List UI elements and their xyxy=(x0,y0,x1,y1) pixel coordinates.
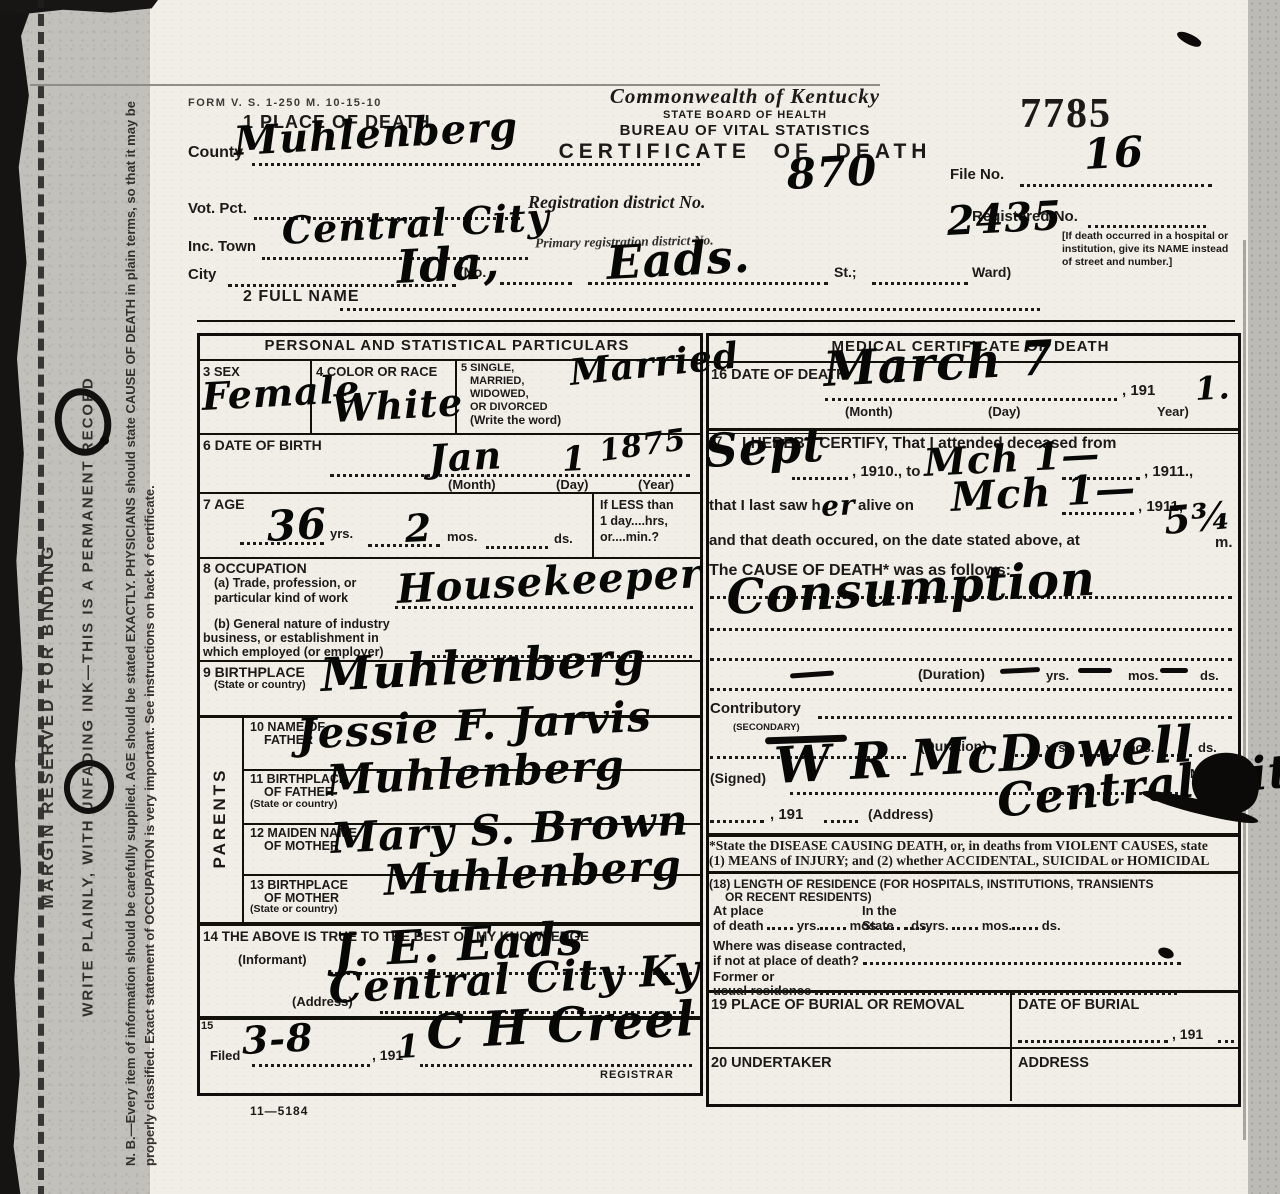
margin-note-binding: MARGIN RESERVED FOR BINDING xyxy=(38,416,58,1036)
age-months-value: 2 xyxy=(404,505,434,551)
marital-label-3: WIDOWED, xyxy=(470,388,529,400)
duration-mos-1: mos. xyxy=(1128,668,1158,683)
death-occurred-text: and that death occured, on the date stat… xyxy=(709,532,1080,549)
less-than-line-2: 1 day....hrs, xyxy=(600,514,668,528)
certificate-title: CERTIFICATE OF DEATH xyxy=(530,140,960,164)
torn-top-edge xyxy=(0,0,158,14)
marital-label-4: OR DIVORCED xyxy=(470,401,548,413)
burial-year-dots xyxy=(1218,1040,1234,1043)
last-saw-er: er xyxy=(820,488,856,523)
birthplace-sub-label: (State or country) xyxy=(214,679,306,691)
dots xyxy=(767,924,793,930)
handwritten-dash-3 xyxy=(1078,668,1112,673)
filed-year-value: 1 xyxy=(396,1027,421,1066)
page-right-edge-shadow xyxy=(1243,240,1246,1140)
father-bp-sub-label: (State or country) xyxy=(250,798,338,810)
torn-left-edge xyxy=(0,0,34,1194)
city-no-dotted xyxy=(500,282,572,285)
attended-to-year: , 1911., xyxy=(1144,463,1193,480)
dots xyxy=(815,989,943,995)
bureau-subtitle: BUREAU OF VITAL STATISTICS xyxy=(545,122,945,139)
divider-parents-cell xyxy=(242,717,244,922)
dob-day-value: 1 xyxy=(561,439,588,480)
filed-label: Filed xyxy=(210,1048,240,1063)
duration-yrs-1: yrs. xyxy=(1046,668,1069,683)
attended-from-value: Sept xyxy=(703,418,826,478)
burial-year-print: , 191 xyxy=(1172,1026,1203,1042)
attended-from-year: , 1910., to xyxy=(852,463,920,480)
cause-dots-3 xyxy=(710,658,1232,661)
rule-under-footnote xyxy=(706,871,1238,874)
full-name-label: 2 FULL NAME xyxy=(243,288,359,306)
dob-month-value: Jan xyxy=(428,432,503,481)
former-row: usual residence xyxy=(713,983,1177,998)
marital-label-1: 5 SINGLE, xyxy=(461,362,514,374)
ds: ds. xyxy=(1042,918,1061,933)
cause-footnote-1: *State the DISEASE CAUSING DEATH, or, in… xyxy=(709,838,1208,854)
full-name-last: Eads. xyxy=(605,229,752,290)
registration-district-label: Registration district No. xyxy=(528,192,706,213)
duration-ds-1: ds. xyxy=(1200,668,1219,683)
contributory-label: Contributory xyxy=(710,700,801,717)
residence-label-1: (18) LENGTH OF RESIDENCE (FOR HOSPITALS,… xyxy=(709,877,1153,891)
age-years-value: 36 xyxy=(265,499,328,551)
at-place-label-1: At place xyxy=(713,903,764,918)
age-mos-label: mos. xyxy=(447,529,477,544)
lastsaw-dots xyxy=(1062,512,1134,515)
file-no-dotted-line xyxy=(1020,184,1212,187)
occupation-a2: particular kind of work xyxy=(214,591,348,605)
birthplace-label: 9 BIRTHPLACE xyxy=(203,664,305,680)
filed-section-number: 15 xyxy=(201,1020,213,1032)
at-place-label-2: of death xyxy=(713,918,764,933)
inc-town-label: Inc. Town xyxy=(188,238,256,255)
color-race-label: 4 COLOR OR RACE xyxy=(316,364,437,379)
rule-under-burial xyxy=(706,1047,1238,1049)
signed-year-print: , 191 xyxy=(770,806,803,823)
less-than-line-1: If LESS than xyxy=(600,498,674,512)
dots xyxy=(897,924,925,930)
dob-label: 6 DATE OF BIRTH xyxy=(203,437,322,453)
undertaker-label: 20 UNDERTAKER xyxy=(711,1055,832,1071)
cause-footnote-2: (1) MEANS of INJURY; and (2) whether ACC… xyxy=(709,853,1209,869)
marital-label-5: (Write the word) xyxy=(470,413,561,427)
file-number-value: 16 xyxy=(1082,127,1145,179)
city-label: City xyxy=(188,266,216,283)
plate-code: 11—5184 xyxy=(250,1104,308,1118)
filed-dotted-2 xyxy=(420,1064,692,1067)
dod-year-label: Year) xyxy=(1157,404,1189,419)
full-name-dotted-line xyxy=(340,308,1040,311)
dots xyxy=(947,989,1177,995)
last-saw-prefix: that I last saw h xyxy=(709,497,821,514)
age-label: 7 AGE xyxy=(203,496,245,512)
primary-district-value: 2435 xyxy=(946,192,1064,245)
mother-label-2: OF MOTHER xyxy=(264,839,339,853)
duration-dots-row xyxy=(710,688,1232,691)
in-the-label-2: State xyxy=(862,918,894,933)
dod-dotted xyxy=(825,398,1117,401)
scanned-death-certificate: MARGIN RESERVED FOR BINDING WRITE PLAINL… xyxy=(0,0,1280,1194)
father-bp-label-2: OF FATHER xyxy=(264,785,334,799)
dots xyxy=(1012,924,1038,930)
burial-date-dots xyxy=(1018,1040,1168,1043)
form-number: FORM V. S. 1-250 M. 10-15-10 xyxy=(188,97,382,109)
dod-year-print: , 191 xyxy=(1122,382,1155,399)
handwritten-dot-mark xyxy=(100,436,109,445)
filed-dotted-1 xyxy=(252,1064,370,1067)
contracted-label-1: Where was disease contracted, xyxy=(713,938,906,953)
contracted-row: if not at place of death? xyxy=(713,953,1181,968)
handwritten-circle-mark xyxy=(49,383,118,461)
cause-dots-2 xyxy=(710,628,1232,631)
less-than-line-3: or....min.? xyxy=(600,530,659,544)
margin-note-nb-instructions: N. B.—Every item of information should b… xyxy=(121,96,159,1166)
registrar-label: REGISTRAR xyxy=(600,1069,674,1081)
physician-address-label: (Address) xyxy=(868,806,933,822)
rule-above-footnote xyxy=(706,833,1238,837)
filed-date-value: 3-8 xyxy=(241,1014,315,1063)
registration-district-value: 870 xyxy=(785,145,878,199)
informant-label: (Informant) xyxy=(238,952,307,967)
dod-year-value: 1. xyxy=(1194,368,1231,408)
former-label-1: Former or xyxy=(713,969,774,984)
mother-bp-sub-label: (State or country) xyxy=(250,903,338,915)
yrs: yrs. xyxy=(797,918,820,933)
rule-under-dob-row xyxy=(197,492,700,494)
former-label-2: usual residence xyxy=(713,983,811,998)
marital-label-2: MARRIED, xyxy=(470,375,524,387)
occupation-a1: (a) Trade, profession, or xyxy=(214,576,356,590)
age-dots-3 xyxy=(486,546,548,549)
parents-vertical-label: PARENTS xyxy=(210,738,230,898)
mother-bp-label-1: 13 BIRTHPLACE xyxy=(250,878,348,892)
in-state-row: State yrs. mos. ds. xyxy=(862,918,1061,933)
alive-on-label: alive on xyxy=(858,497,914,514)
burial-label: 19 PLACE OF BURIAL OR REMOVAL xyxy=(711,997,964,1013)
county-dotted-line xyxy=(252,163,700,166)
handwritten-circle-mark-2 xyxy=(60,756,119,818)
in-the-label-1: In the xyxy=(862,903,897,918)
signed-year-dots-2 xyxy=(824,820,858,823)
occupation-b1: (b) General nature of industry xyxy=(214,617,390,631)
name-section-rule xyxy=(197,320,1235,322)
divider-burial-columns xyxy=(1010,990,1012,1101)
yrs: yrs. xyxy=(925,918,948,933)
dots xyxy=(952,924,978,930)
certify-dots-1 xyxy=(792,477,848,480)
occupation-label: 8 OCCUPATION xyxy=(203,560,307,576)
occupation-b2: business, or establishment in xyxy=(203,631,379,645)
mos: mos. xyxy=(982,918,1012,933)
dots xyxy=(863,959,1181,965)
dod-day-label: (Day) xyxy=(988,404,1021,419)
dod-month-label: (Month) xyxy=(845,404,893,419)
right-scan-margin xyxy=(1248,0,1280,1194)
file-no-label: File No. xyxy=(950,166,1004,183)
burial-date-label: DATE OF BURIAL xyxy=(1018,997,1139,1013)
color-race-value: White xyxy=(331,379,465,431)
hospital-note: [If death occurred in a hospital or inst… xyxy=(1062,230,1234,269)
full-name-first: Ida, xyxy=(395,235,501,294)
signed-label: (Signed) xyxy=(710,770,766,786)
city-ward-label: Ward) xyxy=(972,264,1011,280)
dots xyxy=(820,924,846,930)
death-time-m-label: m. xyxy=(1215,534,1233,551)
state-board-subtitle: STATE BOARD OF HEALTH xyxy=(545,109,945,121)
age-ds-label: ds. xyxy=(554,531,573,546)
handwritten-dash-4 xyxy=(1160,668,1188,673)
dob-dotted-line xyxy=(330,474,690,477)
signed-year-dots-1 xyxy=(710,820,764,823)
age-yrs-label: yrs. xyxy=(330,526,353,541)
dob-year-label: (Year) xyxy=(638,477,674,492)
registered-no-dotted-line xyxy=(1088,225,1206,228)
duration-label-1: (Duration) xyxy=(918,666,985,682)
commonwealth-title: Commonwealth of Kentucky xyxy=(545,84,945,109)
city-st-label: St.; xyxy=(834,264,857,280)
residence-label-2: OR RECENT RESIDENTS) xyxy=(725,890,872,904)
vot-pct-label: Vot. Pct. xyxy=(188,200,247,217)
secondary-label: (SECONDARY) xyxy=(733,722,800,733)
contracted-label-2: if not at place of death? xyxy=(713,953,859,968)
divider-age-less xyxy=(592,492,594,557)
undertaker-address-label: ADDRESS xyxy=(1018,1055,1089,1071)
city-ward-dotted xyxy=(872,282,968,285)
